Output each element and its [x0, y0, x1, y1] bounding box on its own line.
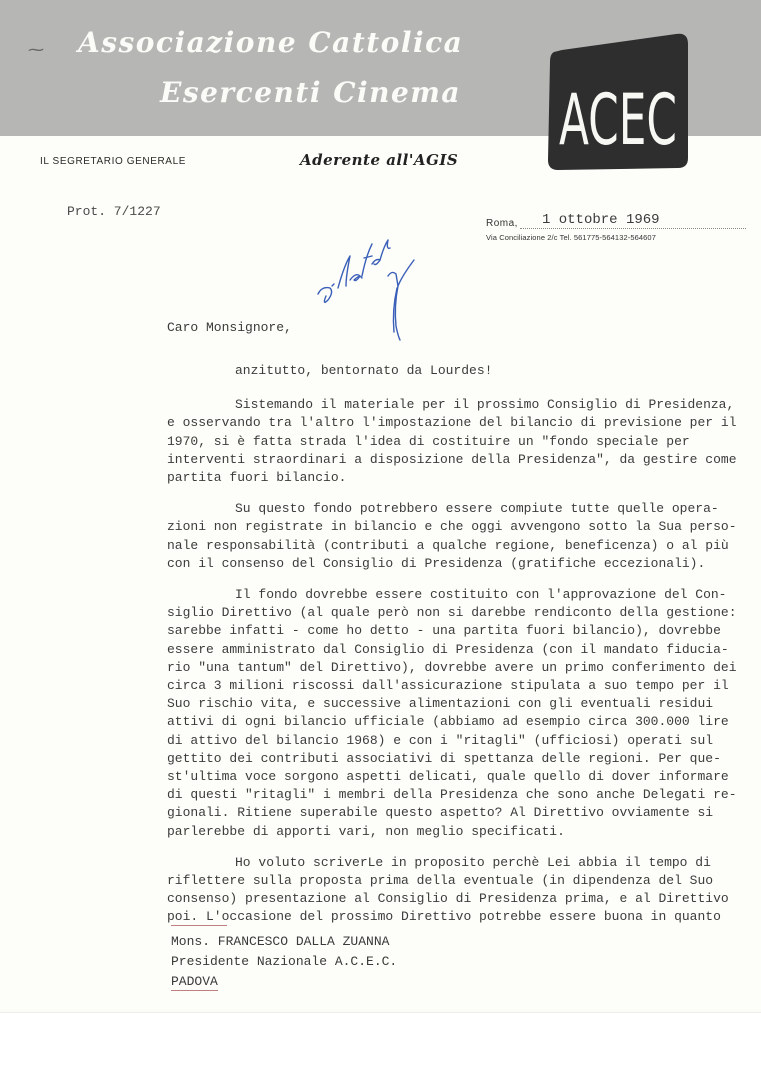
- protocol-number: Prot. 7/1227: [67, 204, 161, 219]
- recipient-rule: [171, 925, 227, 926]
- date-block: Roma, 1 ottobre 1969 Via Conciliazione 2…: [486, 212, 746, 242]
- recipient-name: Mons. FRANCESCO DALLA ZUANNA: [171, 932, 397, 952]
- acec-logo: ACEC: [540, 32, 690, 182]
- letter-page: ⁓ Associazione Cattolica Esercenti Cinem…: [0, 0, 761, 1010]
- paragraph-fund-details: Il fondo dovrebbe essere costituito con …: [167, 586, 747, 841]
- recipient-block: Mons. FRANCESCO DALLA ZUANNA Presidente …: [171, 932, 397, 992]
- paragraph-closing: Ho voluto scriverLe in proposito perchè …: [167, 854, 747, 927]
- letter-body: anzitutto, bentornato da Lourdes! Sistem…: [167, 362, 747, 940]
- page-bottom-margin: [0, 1012, 761, 1080]
- paragraph-proposal: Sistemando il materiale per il prossimo …: [167, 396, 747, 487]
- letter-date: 1 ottobre 1969: [520, 212, 746, 229]
- salutation: Caro Monsignore,: [167, 320, 292, 335]
- handwriting-icon: [310, 236, 440, 346]
- recipient-city: PADOVA: [171, 974, 218, 991]
- paragraph-operations: Su questo fondo potrebbero essere compiu…: [167, 500, 747, 573]
- acec-logo-shape: ACEC: [540, 32, 690, 182]
- org-name-line-1: Associazione Cattolica: [78, 26, 463, 59]
- secretary-title: IL SEGRETARIO GENERALE: [40, 156, 186, 167]
- smudge-mark: ⁓: [28, 40, 44, 59]
- affiliation: Aderente all'AGIS: [300, 151, 458, 169]
- org-name-line-2: Esercenti Cinema: [160, 76, 461, 109]
- office-address: Via Conciliazione 2/c Tel. 561775-564132…: [486, 233, 746, 242]
- place-label: Roma,: [486, 218, 518, 229]
- handwritten-annotation: [310, 236, 440, 346]
- logo-text: ACEC: [559, 79, 677, 161]
- paragraph-greeting: anzitutto, bentornato da Lourdes!: [167, 362, 747, 380]
- recipient-title: Presidente Nazionale A.C.E.C.: [171, 952, 397, 972]
